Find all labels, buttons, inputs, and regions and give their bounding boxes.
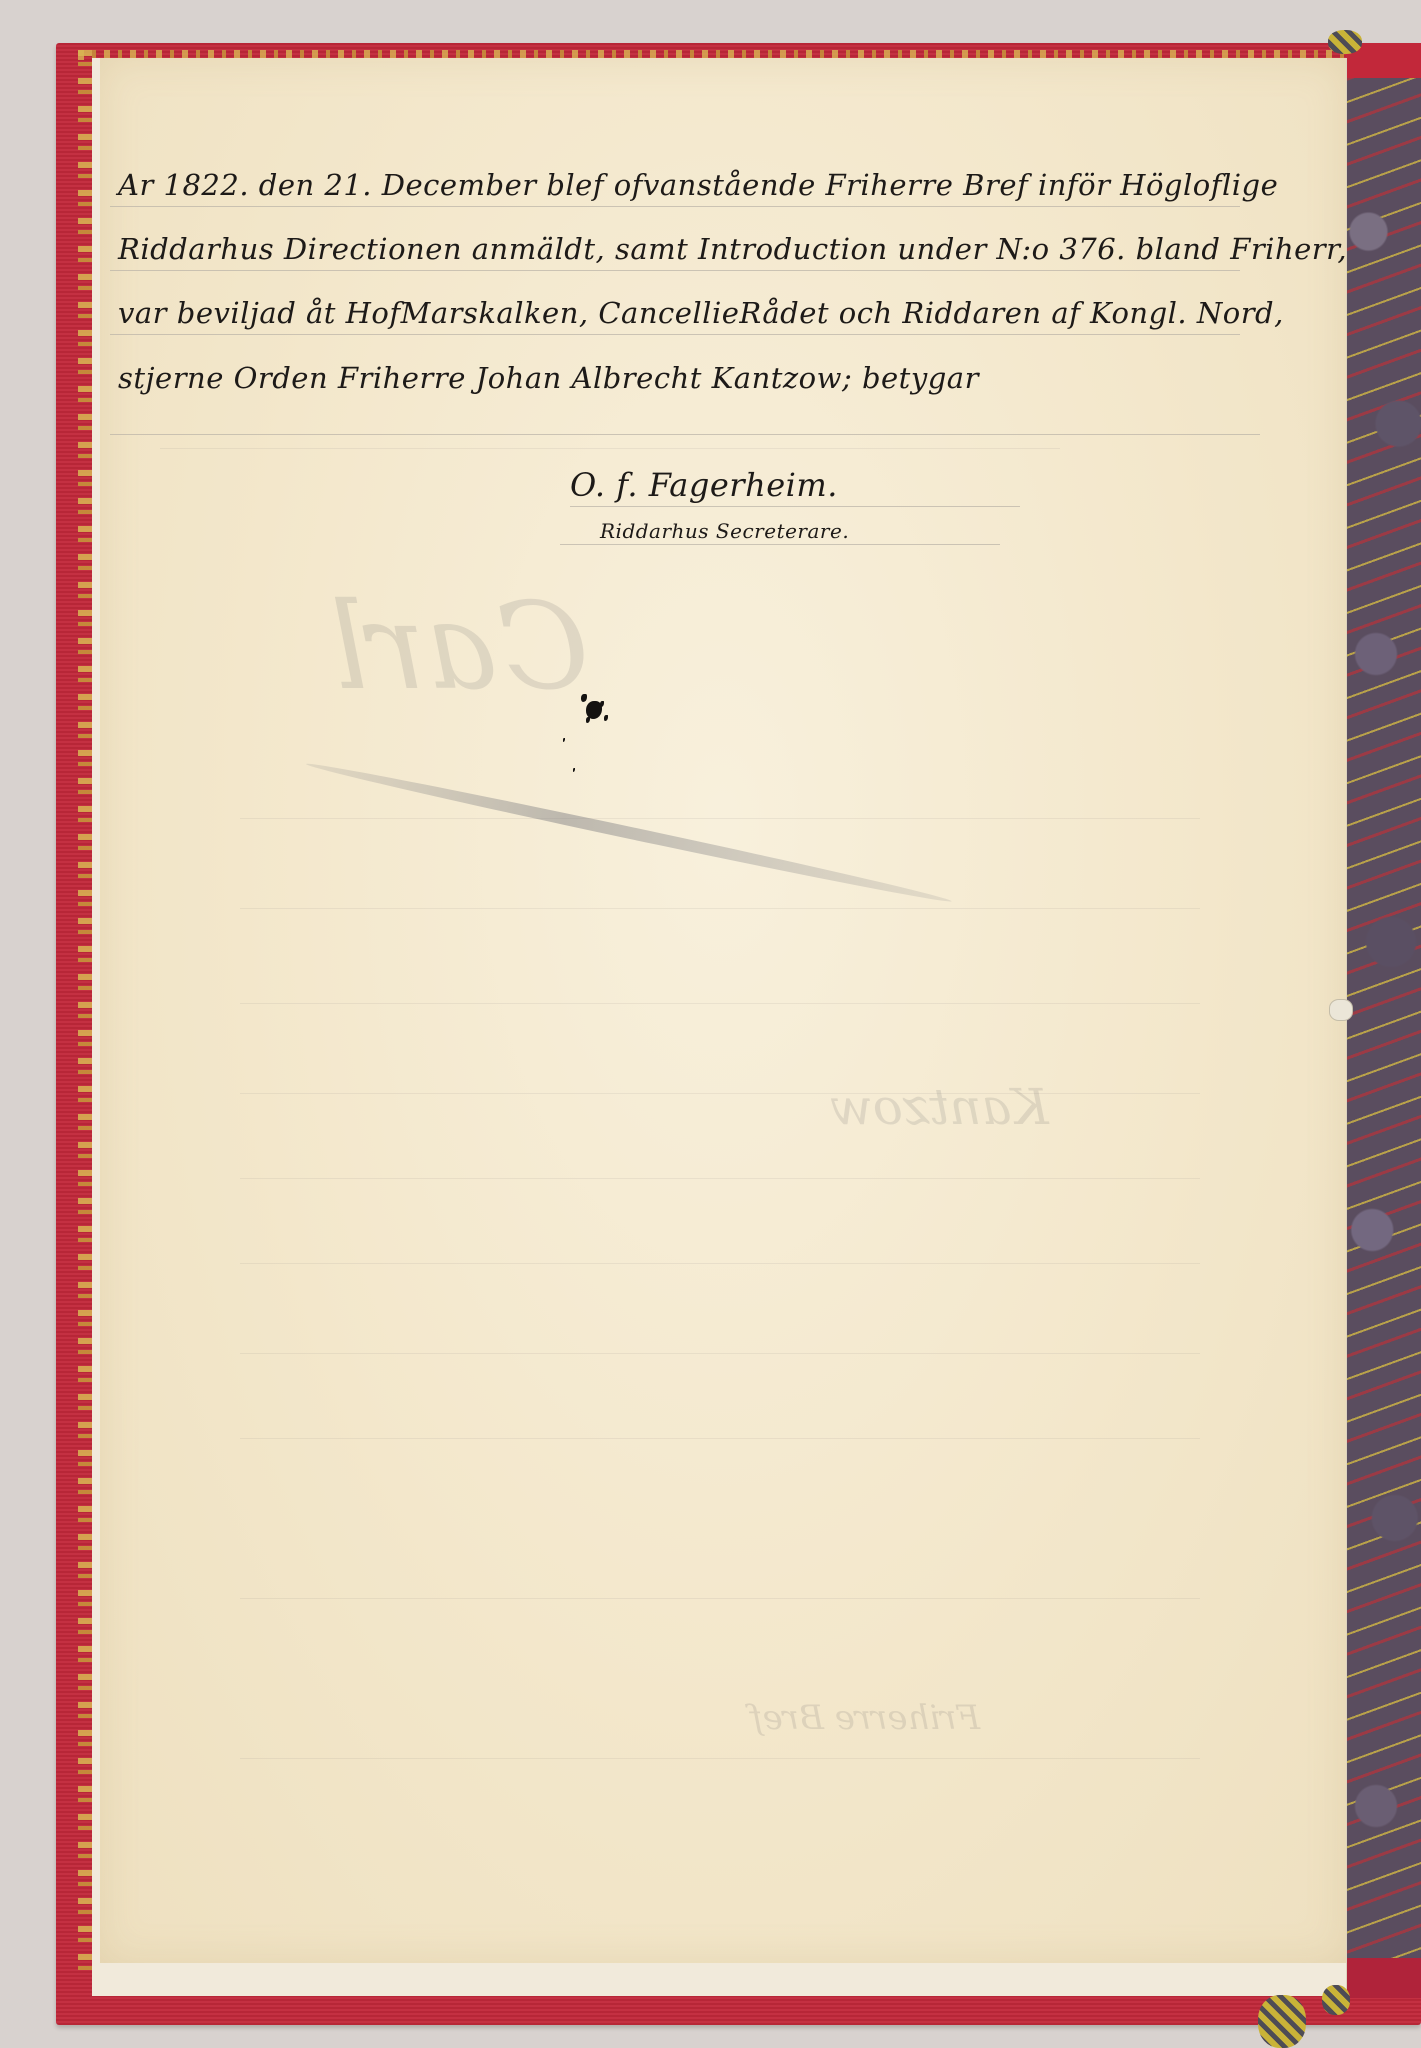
entry-line-1: Ar 1822. den 21. December blef ofvanståe…	[118, 168, 1278, 202]
entry-line-2: Riddarhus Directionen anmäldt, samt Intr…	[118, 232, 1347, 266]
bleed-through-signature: Carl	[330, 578, 589, 717]
ruled-line	[110, 434, 1260, 435]
marbled-endpaper	[1346, 78, 1421, 1998]
bleed-through-line	[240, 1178, 1200, 1179]
ink-blot	[586, 701, 602, 719]
ruled-line	[110, 334, 1240, 335]
signature-title: Riddarhus Secreterare.	[600, 519, 849, 543]
bleed-through-text: Friherre Bref	[750, 1698, 980, 1738]
bleed-through-line	[160, 448, 1060, 449]
signature-name: O. f. Fagerheim.	[570, 466, 838, 504]
bleed-through-line	[240, 1003, 1200, 1004]
ribbon-tassel-top	[1328, 30, 1362, 54]
bleed-through-line	[240, 1598, 1200, 1599]
ruled-line	[110, 270, 1240, 271]
ribbon-tassel-bottom-knot	[1322, 1985, 1350, 2015]
ribbon-tassel-bottom	[1258, 1995, 1306, 2048]
bleed-through-line	[240, 1758, 1200, 1759]
bleed-through-line	[240, 1438, 1200, 1439]
bleed-through-line	[240, 908, 1200, 909]
pen-stroke-mark	[305, 758, 953, 907]
entry-line-4: stjerne Orden Friherre Johan Albrecht Ka…	[118, 361, 979, 395]
bleed-through-line	[240, 1263, 1200, 1264]
bleed-through-line	[240, 1093, 1200, 1094]
paper-clasp	[1330, 1000, 1352, 1020]
cover-edge-bottom	[1346, 1958, 1421, 1998]
ruled-line	[110, 206, 1240, 207]
entry-line-3: var beviljad åt HofMarskalken, Cancellie…	[118, 296, 1284, 330]
ruled-line	[570, 506, 1020, 507]
document-page: Carl Kantzow Friherre Bref Ar 1822. den …	[100, 58, 1346, 1963]
ruled-line	[560, 544, 1000, 545]
bleed-through-text: Kantzow	[830, 1078, 1049, 1136]
bleed-through-line	[240, 1353, 1200, 1354]
bleed-through-line	[240, 818, 1200, 819]
gold-tooled-border-left	[78, 50, 92, 1970]
